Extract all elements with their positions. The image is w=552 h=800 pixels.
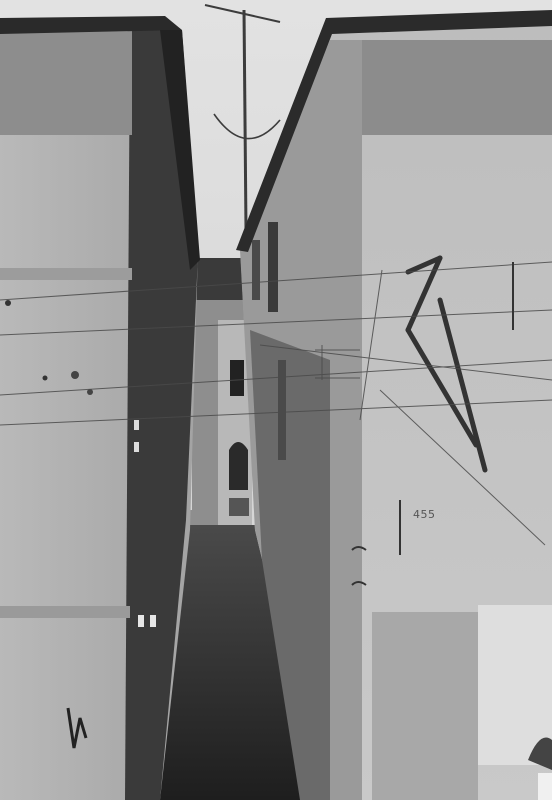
- left-building: [0, 16, 200, 800]
- photo-scene: [0, 0, 552, 800]
- right-building: [236, 10, 552, 800]
- alley-photograph: 455: [0, 0, 552, 800]
- wall-number-marking: 455: [413, 508, 436, 521]
